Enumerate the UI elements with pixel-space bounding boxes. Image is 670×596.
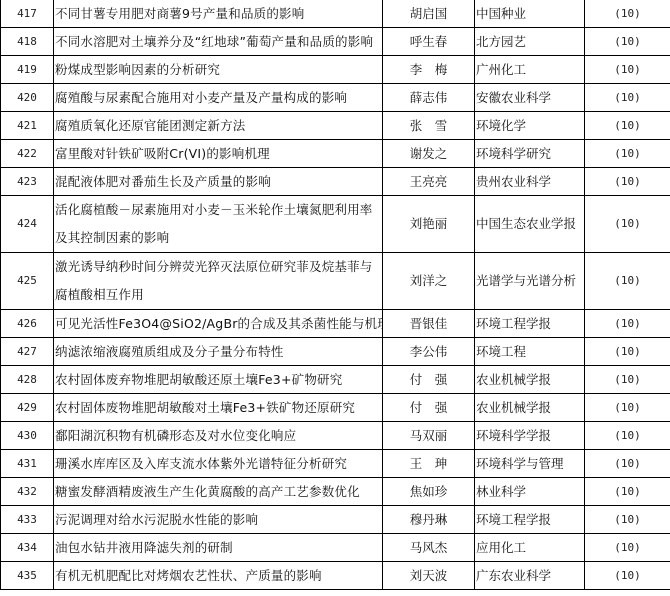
- journal-name: 安徽农业科学: [475, 84, 585, 112]
- row-number: 422: [1, 140, 54, 168]
- table-row: 433 污泥调理对给水污泥脱水性能的影响 穆丹琳 环境工程学报 (10): [1, 506, 670, 534]
- paper-title: 粉煤成型影响因素的分析研究: [54, 56, 383, 84]
- journal-name: 环境工程: [475, 338, 585, 366]
- table-row: 422 富里酸对针铁矿吸附Cr(VI)的影响机理 谢发之 环境科学研究 (10): [1, 140, 670, 168]
- row-number: 418: [1, 28, 54, 56]
- author-name: 王亮亮: [383, 168, 475, 196]
- author-name: 李 梅: [383, 56, 475, 84]
- journal-name: 应用化工: [475, 534, 585, 562]
- author-name: 张 雪: [383, 112, 475, 140]
- row-number: 425: [1, 253, 54, 310]
- paper-title: 活化腐植酸－尿素施用对小麦－玉米轮作土壤氮肥利用率及其控制因素的影响: [54, 196, 383, 253]
- author-name: 谢发之: [383, 140, 475, 168]
- paper-title: 混配液体肥对番茄生长及产质量的影响: [54, 168, 383, 196]
- author-name: 刘天波: [383, 562, 475, 590]
- row-number: 424: [1, 196, 54, 253]
- paper-title: 不同水溶肥对土壤养分及“红地球”葡萄产量和品质的影响: [54, 28, 383, 56]
- author-name: 薛志伟: [383, 84, 475, 112]
- issue-number: (10): [585, 366, 670, 394]
- author-name: 胡启国: [383, 0, 475, 28]
- table-row: 417 不同甘薯专用肥对商薯9号产量和品质的影响 胡启国 中国种业 (10): [1, 0, 670, 28]
- journal-name: 广州化工: [475, 56, 585, 84]
- journal-name: 北方园艺: [475, 28, 585, 56]
- author-name: 刘洋之: [383, 253, 475, 310]
- table-row: 434 油包水钻井液用降滤失剂的研制 马风杰 应用化工 (10): [1, 534, 670, 562]
- row-number: 417: [1, 0, 54, 28]
- table-row: 431 珊溪水库库区及入库支流水体紫外光谱特征分析研究 王 珅 环境科学与管理 …: [1, 450, 670, 478]
- issue-number: (10): [585, 422, 670, 450]
- row-number: 429: [1, 394, 54, 422]
- table-row: 418 不同水溶肥对土壤养分及“红地球”葡萄产量和品质的影响 呼生春 北方园艺 …: [1, 28, 670, 56]
- table-row: 427 纳滤浓缩液腐殖质组成及分子量分布特性 李公伟 环境工程 (10): [1, 338, 670, 366]
- author-name: 王 珅: [383, 450, 475, 478]
- issue-number: (10): [585, 112, 670, 140]
- paper-title: 不同甘薯专用肥对商薯9号产量和品质的影响: [54, 0, 383, 28]
- journal-name: 林业科学: [475, 478, 585, 506]
- table-row: 432 糖蜜发酵酒精废液生产生化黄腐酸的高产工艺参数优化 焦如珍 林业科学 (1…: [1, 478, 670, 506]
- issue-number: (10): [585, 0, 670, 28]
- table-row: 426 可见光活性Fe3O4@SiO2/AgBr的合成及其杀菌性能与机理 晋银佳…: [1, 310, 670, 338]
- table-body: 417 不同甘薯专用肥对商薯9号产量和品质的影响 胡启国 中国种业 (10) 4…: [1, 0, 670, 590]
- issue-number: (10): [585, 56, 670, 84]
- table-row: 430 鄱阳湖沉积物有机磷形态及对水位变化响应 马双丽 环境科学学报 (10): [1, 422, 670, 450]
- journal-name: 环境科学研究: [475, 140, 585, 168]
- journal-name: 环境工程学报: [475, 310, 585, 338]
- paper-title: 糖蜜发酵酒精废液生产生化黄腐酸的高产工艺参数优化: [54, 478, 383, 506]
- issue-number: (10): [585, 140, 670, 168]
- table-row: 424 活化腐植酸－尿素施用对小麦－玉米轮作土壤氮肥利用率及其控制因素的影响 刘…: [1, 196, 670, 253]
- row-number: 430: [1, 422, 54, 450]
- issue-number: (10): [585, 506, 670, 534]
- table-row: 423 混配液体肥对番茄生长及产质量的影响 王亮亮 贵州农业科学 (10): [1, 168, 670, 196]
- author-name: 呼生春: [383, 28, 475, 56]
- issue-number: (10): [585, 450, 670, 478]
- row-number: 432: [1, 478, 54, 506]
- publication-table: 417 不同甘薯专用肥对商薯9号产量和品质的影响 胡启国 中国种业 (10) 4…: [0, 0, 670, 590]
- issue-number: (10): [585, 168, 670, 196]
- paper-title: 可见光活性Fe3O4@SiO2/AgBr的合成及其杀菌性能与机理: [54, 310, 383, 338]
- paper-title: 腐殖质氧化还原官能团测定新方法: [54, 112, 383, 140]
- journal-name: 农业机械学报: [475, 394, 585, 422]
- row-number: 421: [1, 112, 54, 140]
- journal-name: 广东农业科学: [475, 562, 585, 590]
- paper-title: 激光诱导纳秒时间分辨荧光猝灭法原位研究菲及烷基菲与腐植酸相互作用: [54, 253, 383, 310]
- paper-title: 有机无机肥配比对烤烟农艺性状、产质量的影响: [54, 562, 383, 590]
- journal-name: 环境科学与管理: [475, 450, 585, 478]
- paper-title: 珊溪水库库区及入库支流水体紫外光谱特征分析研究: [54, 450, 383, 478]
- issue-number: (10): [585, 478, 670, 506]
- row-number: 435: [1, 562, 54, 590]
- row-number: 426: [1, 310, 54, 338]
- issue-number: (10): [585, 253, 670, 310]
- author-name: 李公伟: [383, 338, 475, 366]
- paper-title: 农村固体废弃物堆肥胡敏酸还原土壤Fe3+矿物研究: [54, 366, 383, 394]
- issue-number: (10): [585, 196, 670, 253]
- author-name: 晋银佳: [383, 310, 475, 338]
- paper-title: 油包水钻井液用降滤失剂的研制: [54, 534, 383, 562]
- journal-name: 中国种业: [475, 0, 585, 28]
- author-name: 穆丹琳: [383, 506, 475, 534]
- table-row: 428 农村固体废弃物堆肥胡敏酸还原土壤Fe3+矿物研究 付 强 农业机械学报 …: [1, 366, 670, 394]
- journal-name: 中国生态农业学报: [475, 196, 585, 253]
- row-number: 434: [1, 534, 54, 562]
- paper-title: 腐殖酸与尿素配合施用对小麦产量及产量构成的影响: [54, 84, 383, 112]
- issue-number: (10): [585, 338, 670, 366]
- issue-number: (10): [585, 310, 670, 338]
- row-number: 427: [1, 338, 54, 366]
- table-row: 420 腐殖酸与尿素配合施用对小麦产量及产量构成的影响 薛志伟 安徽农业科学 (…: [1, 84, 670, 112]
- journal-name: 环境科学学报: [475, 422, 585, 450]
- paper-title: 纳滤浓缩液腐殖质组成及分子量分布特性: [54, 338, 383, 366]
- journal-name: 贵州农业科学: [475, 168, 585, 196]
- paper-title: 农村固体废物堆肥胡敏酸对土壤Fe3+铁矿物还原研究: [54, 394, 383, 422]
- author-name: 付 强: [383, 366, 475, 394]
- issue-number: (10): [585, 28, 670, 56]
- row-number: 419: [1, 56, 54, 84]
- issue-number: (10): [585, 84, 670, 112]
- row-number: 431: [1, 450, 54, 478]
- row-number: 428: [1, 366, 54, 394]
- table-row: 425 激光诱导纳秒时间分辨荧光猝灭法原位研究菲及烷基菲与腐植酸相互作用 刘洋之…: [1, 253, 670, 310]
- journal-name: 农业机械学报: [475, 366, 585, 394]
- row-number: 420: [1, 84, 54, 112]
- table-row: 435 有机无机肥配比对烤烟农艺性状、产质量的影响 刘天波 广东农业科学 (10…: [1, 562, 670, 590]
- paper-title: 污泥调理对给水污泥脱水性能的影响: [54, 506, 383, 534]
- author-name: 刘艳丽: [383, 196, 475, 253]
- author-name: 焦如珍: [383, 478, 475, 506]
- row-number: 433: [1, 506, 54, 534]
- issue-number: (10): [585, 562, 670, 590]
- row-number: 423: [1, 168, 54, 196]
- journal-name: 光谱学与光谱分析: [475, 253, 585, 310]
- paper-title: 富里酸对针铁矿吸附Cr(VI)的影响机理: [54, 140, 383, 168]
- paper-title: 鄱阳湖沉积物有机磷形态及对水位变化响应: [54, 422, 383, 450]
- author-name: 马双丽: [383, 422, 475, 450]
- table-row: 419 粉煤成型影响因素的分析研究 李 梅 广州化工 (10): [1, 56, 670, 84]
- issue-number: (10): [585, 394, 670, 422]
- journal-name: 环境工程学报: [475, 506, 585, 534]
- table-row: 421 腐殖质氧化还原官能团测定新方法 张 雪 环境化学 (10): [1, 112, 670, 140]
- author-name: 付 强: [383, 394, 475, 422]
- author-name: 马风杰: [383, 534, 475, 562]
- issue-number: (10): [585, 534, 670, 562]
- journal-name: 环境化学: [475, 112, 585, 140]
- table-row: 429 农村固体废物堆肥胡敏酸对土壤Fe3+铁矿物还原研究 付 强 农业机械学报…: [1, 394, 670, 422]
